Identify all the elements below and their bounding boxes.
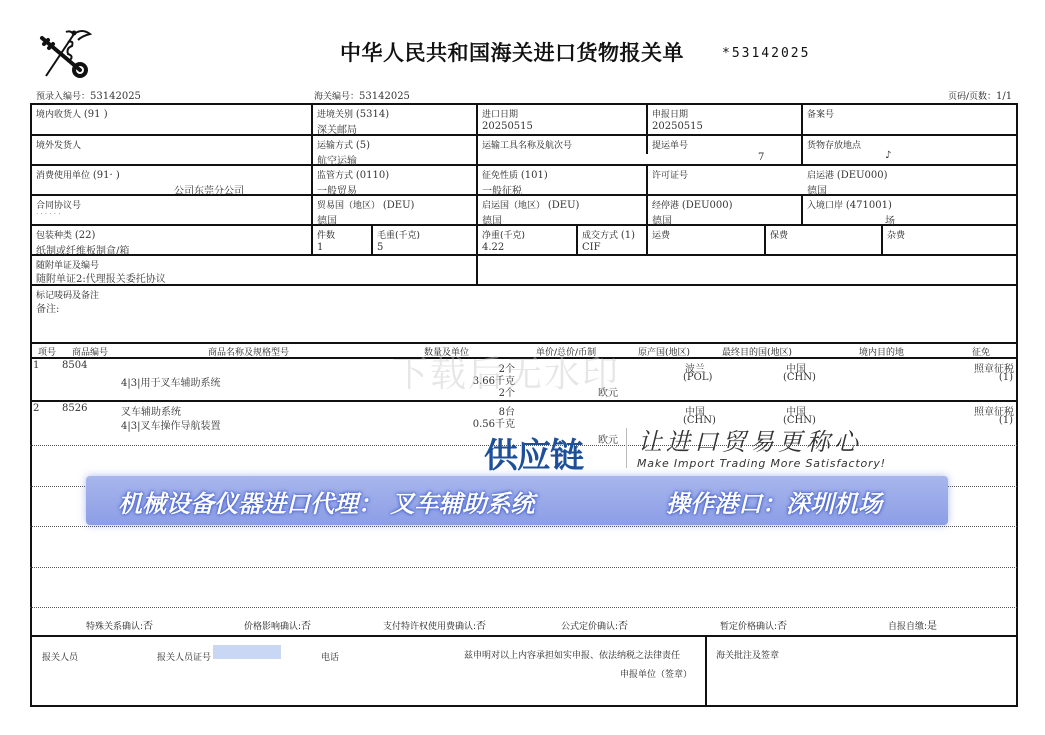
declaring-unit-label: 申报单位（签章）: [620, 667, 692, 680]
goods-spec: 4|3|用于叉车辅助系统: [121, 374, 220, 389]
hs-code: 8526: [62, 403, 87, 414]
declaration-statement: 兹申明对以上内容承担如实申报、依法纳税之法律责任: [464, 648, 680, 661]
confirmation-value: 否: [476, 621, 486, 632]
banner-right-text: 操作港口：深圳机场: [666, 484, 882, 519]
goods-name: 叉车辅助系统: [121, 403, 181, 418]
watermark-text: 下载后无水印: [392, 346, 620, 397]
phone-label: 电话: [321, 650, 339, 663]
confirmation-label: 价格影响确认:: [244, 622, 301, 632]
banner-left-text: 机械设备仪器进口代理： 叉车辅助系统: [118, 484, 534, 519]
confirmation-value: 否: [618, 621, 628, 632]
barcode-text: *53142025: [722, 46, 810, 61]
redacted-cert-no: [213, 645, 281, 659]
confirmation-item: 自报自缴:是: [888, 617, 937, 632]
goods-header-origin: 原产国(地区): [638, 345, 690, 358]
item-no: 1: [33, 360, 39, 371]
confirmation-item: 支付特许权使用费确认:否: [383, 617, 486, 632]
declarant-cert-label: 报关人员证号: [157, 650, 211, 663]
origin-code: (POL): [683, 372, 712, 383]
tax-code: (1): [999, 415, 1013, 426]
confirmation-value: 是: [927, 621, 937, 632]
pre-entry-no: 预录入编号：53142025: [36, 89, 141, 102]
goods-header-name: 商品名称及规格型号: [208, 345, 289, 358]
goods-header-hs-code: 商品编号: [72, 345, 108, 358]
customs-approval-label: 海关批注及签章: [716, 648, 779, 661]
brand-logo-text: 供应链: [484, 428, 583, 477]
confirmation-value: 否: [777, 621, 787, 632]
destination-code: (CHN): [783, 372, 816, 383]
goods-header-item-no: 项号: [38, 345, 56, 358]
page-indicator: 页码/页数：1/1: [948, 89, 1012, 102]
confirmation-value: 否: [301, 621, 311, 632]
item-no: 2: [33, 403, 39, 414]
goods-header-domestic-dest: 境内目的地: [859, 345, 904, 358]
currency: 欧元: [598, 431, 618, 446]
confirmation-label: 特殊关系确认:: [86, 622, 143, 632]
form-title: 中华人民共和国海关进口货物报关单: [340, 37, 684, 67]
hs-code: 8504: [62, 360, 87, 371]
goods-header-destination: 最终目的国(地区): [722, 345, 792, 358]
confirmation-label: 支付特许权使用费确认:: [383, 622, 476, 632]
confirmation-item: 公式定价确认:否: [561, 617, 628, 632]
confirmation-item: 特殊关系确认:否: [86, 617, 153, 632]
confirmation-item: 价格影响确认:否: [244, 617, 311, 632]
confirmation-label: 公式定价确认:: [561, 622, 618, 632]
confirmation-label: 自报自缴:: [888, 622, 927, 632]
declarant-label: 报关人员: [42, 650, 78, 663]
slogan-english: Make Import Trading More Satisfactory!: [637, 457, 886, 470]
goods-header-tax: 征免: [972, 345, 990, 358]
promo-banner: 机械设备仪器进口代理： 叉车辅助系统 操作港口：深圳机场: [86, 476, 948, 525]
confirmation-item: 暂定价格确认:否: [720, 617, 787, 632]
customs-emblem-icon: [36, 28, 92, 80]
confirmation-label: 暂定价格确认:: [720, 622, 777, 632]
customs-no: 海关编号：53142025: [314, 89, 410, 102]
confirmation-value: 否: [143, 621, 153, 632]
slogan-chinese: 让进口贸易更称心: [638, 422, 862, 457]
goods-spec: 4|3|叉车操作导航装置: [121, 417, 220, 432]
tax-code: (1): [999, 372, 1013, 383]
